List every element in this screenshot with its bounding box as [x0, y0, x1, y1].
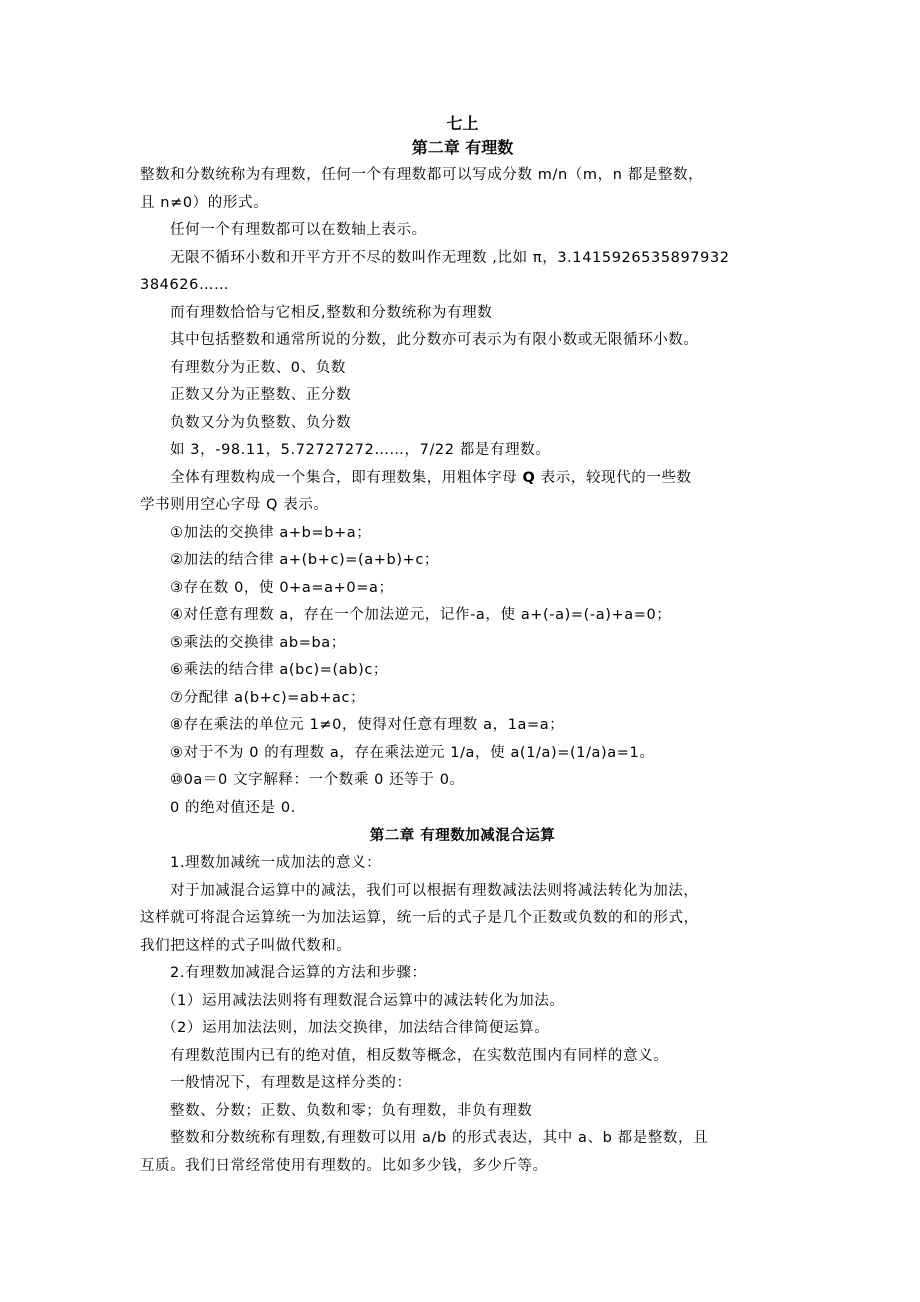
paragraph-general-classification: 一般情况下，有理数是这样分类的： [140, 1070, 785, 1098]
paragraph-categories: 整数、分数；正数、负数和零；负有理数，非负有理数 [140, 1098, 785, 1126]
paragraph-real-range: 有理数范围内已有的绝对值，相反数等概念，在实数范围内有同样的意义。 [140, 1043, 785, 1071]
law-item-4: ④对任意有理数 a，存在一个加法逆元，记作-a，使 a+(-a)=(-a)+a=… [140, 602, 785, 630]
law-item-5: ⑤乘法的交换律 ab=ba； [140, 630, 785, 658]
step-2: （2）运用加法法则，加法交换律，加法结合律简便运算。 [140, 1015, 785, 1043]
paragraph-classification: 有理数分为正数、0、负数 [140, 355, 785, 383]
paragraph-set-q-line1: 全体有理数构成一个集合，即有理数集，用粗体字母 Q 表示，较现代的一些数 [140, 465, 785, 493]
chapter-title-mixed-operations: 第二章 有理数加减混合运算 [140, 822, 785, 850]
paragraph-number-line: 任何一个有理数都可以在数轴上表示。 [140, 217, 785, 245]
paragraph-zero-abs: 0 的绝对值还是 0. [140, 795, 785, 823]
paragraph-examples: 如 3，-98.11，5.72727272……，7/22 都是有理数。 [140, 437, 785, 465]
paragraph-includes: 其中包括整数和通常所说的分数，此分数亦可表示为有限小数或无限循环小数。 [140, 327, 785, 355]
paragraph-meaning-line1: 对于加减混合运算中的减法，我们可以根据有理数减法法则将减法转化为加法， [140, 878, 785, 906]
paragraph-meaning-line3: 我们把这样的式子叫做代数和。 [140, 933, 785, 961]
paragraph-rational-opposite: 而有理数恰恰与它相反,整数和分数统称为有理数 [140, 300, 785, 328]
law-item-1: ①加法的交换律 a+b=b+a； [140, 520, 785, 548]
paragraph-definition-line1: 整数和分数统称为有理数，任何一个有理数都可以写成分数 m/n（m，n 都是整数， [140, 162, 785, 190]
law-item-7: ⑦分配律 a(b+c)=ab+ac； [140, 685, 785, 713]
law-item-9: ⑨对于不为 0 的有理数 a，存在乘法逆元 1/a，使 a(1/a)=(1/a)… [140, 740, 785, 768]
paragraph-irrational-line1: 无限不循环小数和开平方开不尽的数叫作无理数 ,比如 π，3.1415926535… [140, 245, 785, 273]
law-item-6: ⑥乘法的结合律 a(bc)=(ab)c； [140, 657, 785, 685]
paragraph-meaning-heading: 1.理数加减统一成加法的意义： [140, 850, 785, 878]
paragraph-ab-form-line1: 整数和分数统称有理数,有理数可以用 a/b 的形式表达，其中 a、b 都是整数，… [140, 1125, 785, 1153]
law-item-8: ⑧存在乘法的单位元 1≠0，使得对任意有理数 a，1a=a； [140, 712, 785, 740]
law-item-10: ⑩0a＝0 文字解释：一个数乘 0 还等于 0。 [140, 767, 785, 795]
set-q-text-b: 表示，较现代的一些数 [535, 470, 691, 486]
document-title: 七上 [140, 112, 785, 136]
set-q-text-a: 全体有理数构成一个集合，即有理数集，用粗体字母 [170, 470, 523, 486]
paragraph-negative: 负数又分为负整数、负分数 [140, 410, 785, 438]
law-item-3: ③存在数 0，使 0+a=a+0=a； [140, 575, 785, 603]
paragraph-positive: 正数又分为正整数、正分数 [140, 382, 785, 410]
paragraph-method-heading: 2.有理数加减混合运算的方法和步骤： [140, 960, 785, 988]
paragraph-definition-line2: 且 n≠0）的形式。 [140, 190, 785, 218]
document-page: 七上 第二章 有理数 整数和分数统称为有理数，任何一个有理数都可以写成分数 m/… [140, 112, 785, 1180]
paragraph-set-q-line2: 学书则用空心字母 Q 表示。 [140, 492, 785, 520]
paragraph-meaning-line2: 这样就可将混合运算统一为加法运算，统一后的式子是几个正数或负数的和的形式， [140, 905, 785, 933]
law-item-2: ②加法的结合律 a+(b+c)=(a+b)+c； [140, 547, 785, 575]
step-1: （1）运用减法法则将有理数混合运算中的减法转化为加法。 [140, 988, 785, 1016]
paragraph-ab-form-line2: 互质。我们日常经常使用有理数的。比如多少钱，多少斤等。 [140, 1153, 785, 1181]
bold-q-symbol: Q [523, 470, 536, 486]
paragraph-irrational-line2: 384626…… [140, 272, 785, 300]
chapter-title-rational-numbers: 第二章 有理数 [140, 136, 785, 160]
